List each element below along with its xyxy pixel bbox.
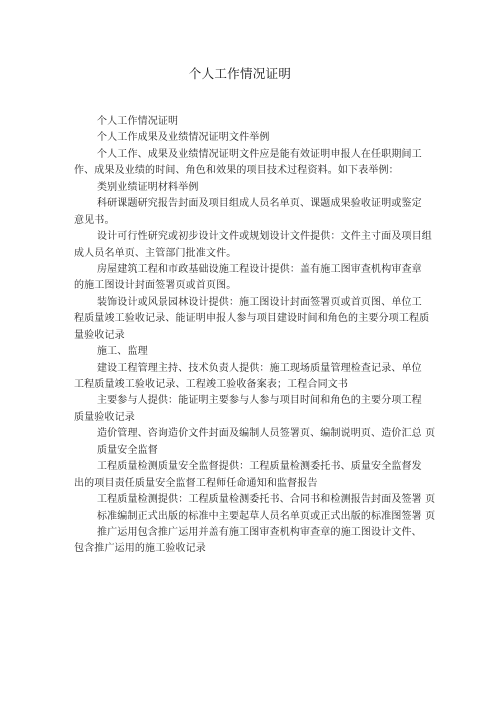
paragraph-line: 的施工图设计封面签署页或首页图。 xyxy=(74,278,414,294)
paragraph-line: 作、成果及业绩的时间、角色和效果的项目技术过程资料。如下表举例： xyxy=(74,163,414,179)
document-page: 个人工作情况证明 个人工作情况证明 个人工作成果及业绩情况证明文件举例 个人工作… xyxy=(0,0,500,708)
paragraph-line: 个人工作成果及业绩情况证明文件举例 xyxy=(74,130,414,146)
paragraph-line: 程质量竣工验收记录、能证明申报人参与项目建设时间和角色的主要分项工程质 xyxy=(74,311,414,327)
paragraph-line: 成人员名单页、主管部门批准文件。 xyxy=(74,246,414,262)
paragraph-line: 出的项目责任质量安全监督工程师任命通知和监督报告 xyxy=(74,476,414,492)
paragraph-line: 工程质量检测提供：工程质量检测委托书、合同书和检测报告封面及签署 页 xyxy=(74,492,414,508)
paragraph-line: 量验收记录 xyxy=(74,328,414,344)
paragraph-line: 工程质量检测质量安全监督提供：工程质量检测委托书、质量安全监督发 xyxy=(74,459,414,475)
document-body: 个人工作情况证明 个人工作成果及业绩情况证明文件举例 个人工作、成果及业绩情况证… xyxy=(74,114,414,558)
paragraph-line: 标准编制正式出版的标准中主要起草人员名单页或正式出版的标准图签署 页 xyxy=(74,509,414,525)
paragraph-line: 施工、监理 xyxy=(74,344,414,360)
paragraph-line: 科研课题研究报告封面及项目组成人员名单页、课题成果验收证明或鉴定 xyxy=(74,196,414,212)
paragraph-line: 质量安全监督 xyxy=(74,443,414,459)
paragraph-line: 个人工作情况证明 xyxy=(74,114,414,130)
document-title: 个人工作情况证明 xyxy=(0,64,480,82)
paragraph-line: 房屋建筑工程和市政基础设施工程设计提供：盖有施工图审查机构审查章 xyxy=(74,262,414,278)
paragraph-line: 造价管理、咨询造价文件封面及编制人员签署页、编制说明页、造价汇总 页 xyxy=(74,426,414,442)
paragraph-line: 包含推广运用的施工验收记录 xyxy=(74,541,414,557)
paragraph-line: 质量验收记录 xyxy=(74,410,414,426)
paragraph-line: 装饰设计或风景园林设计提供：施工图设计封面签署页或首页图、单位工 xyxy=(74,295,414,311)
paragraph-line: 建设工程管理主持、技术负责人提供：施工现场质量管理检查记录、单位 xyxy=(74,361,414,377)
paragraph-line: 设计可行性研究或初步设计文件或规划设计文件提供：文件主寸面及项目组 xyxy=(74,229,414,245)
paragraph-line: 意见书。 xyxy=(74,213,414,229)
paragraph-line: 推广运用包含推广运用并盖有施工图审查机构审查章的施工图设计文件、 xyxy=(74,525,414,541)
paragraph-line: 个人工作、成果及业绩情况证明文件应是能有效证明申报人在任职期间工 xyxy=(74,147,414,163)
paragraph-line: 类别业绩证明材料举例 xyxy=(74,180,414,196)
paragraph-line: 工程质量竣工验收记录、工程竣工验收备案表；工程合同文书 xyxy=(74,377,414,393)
paragraph-line: 主要参与人提供：能证明主要参与人参与项目时间和角色的主要分项工程 xyxy=(74,393,414,409)
